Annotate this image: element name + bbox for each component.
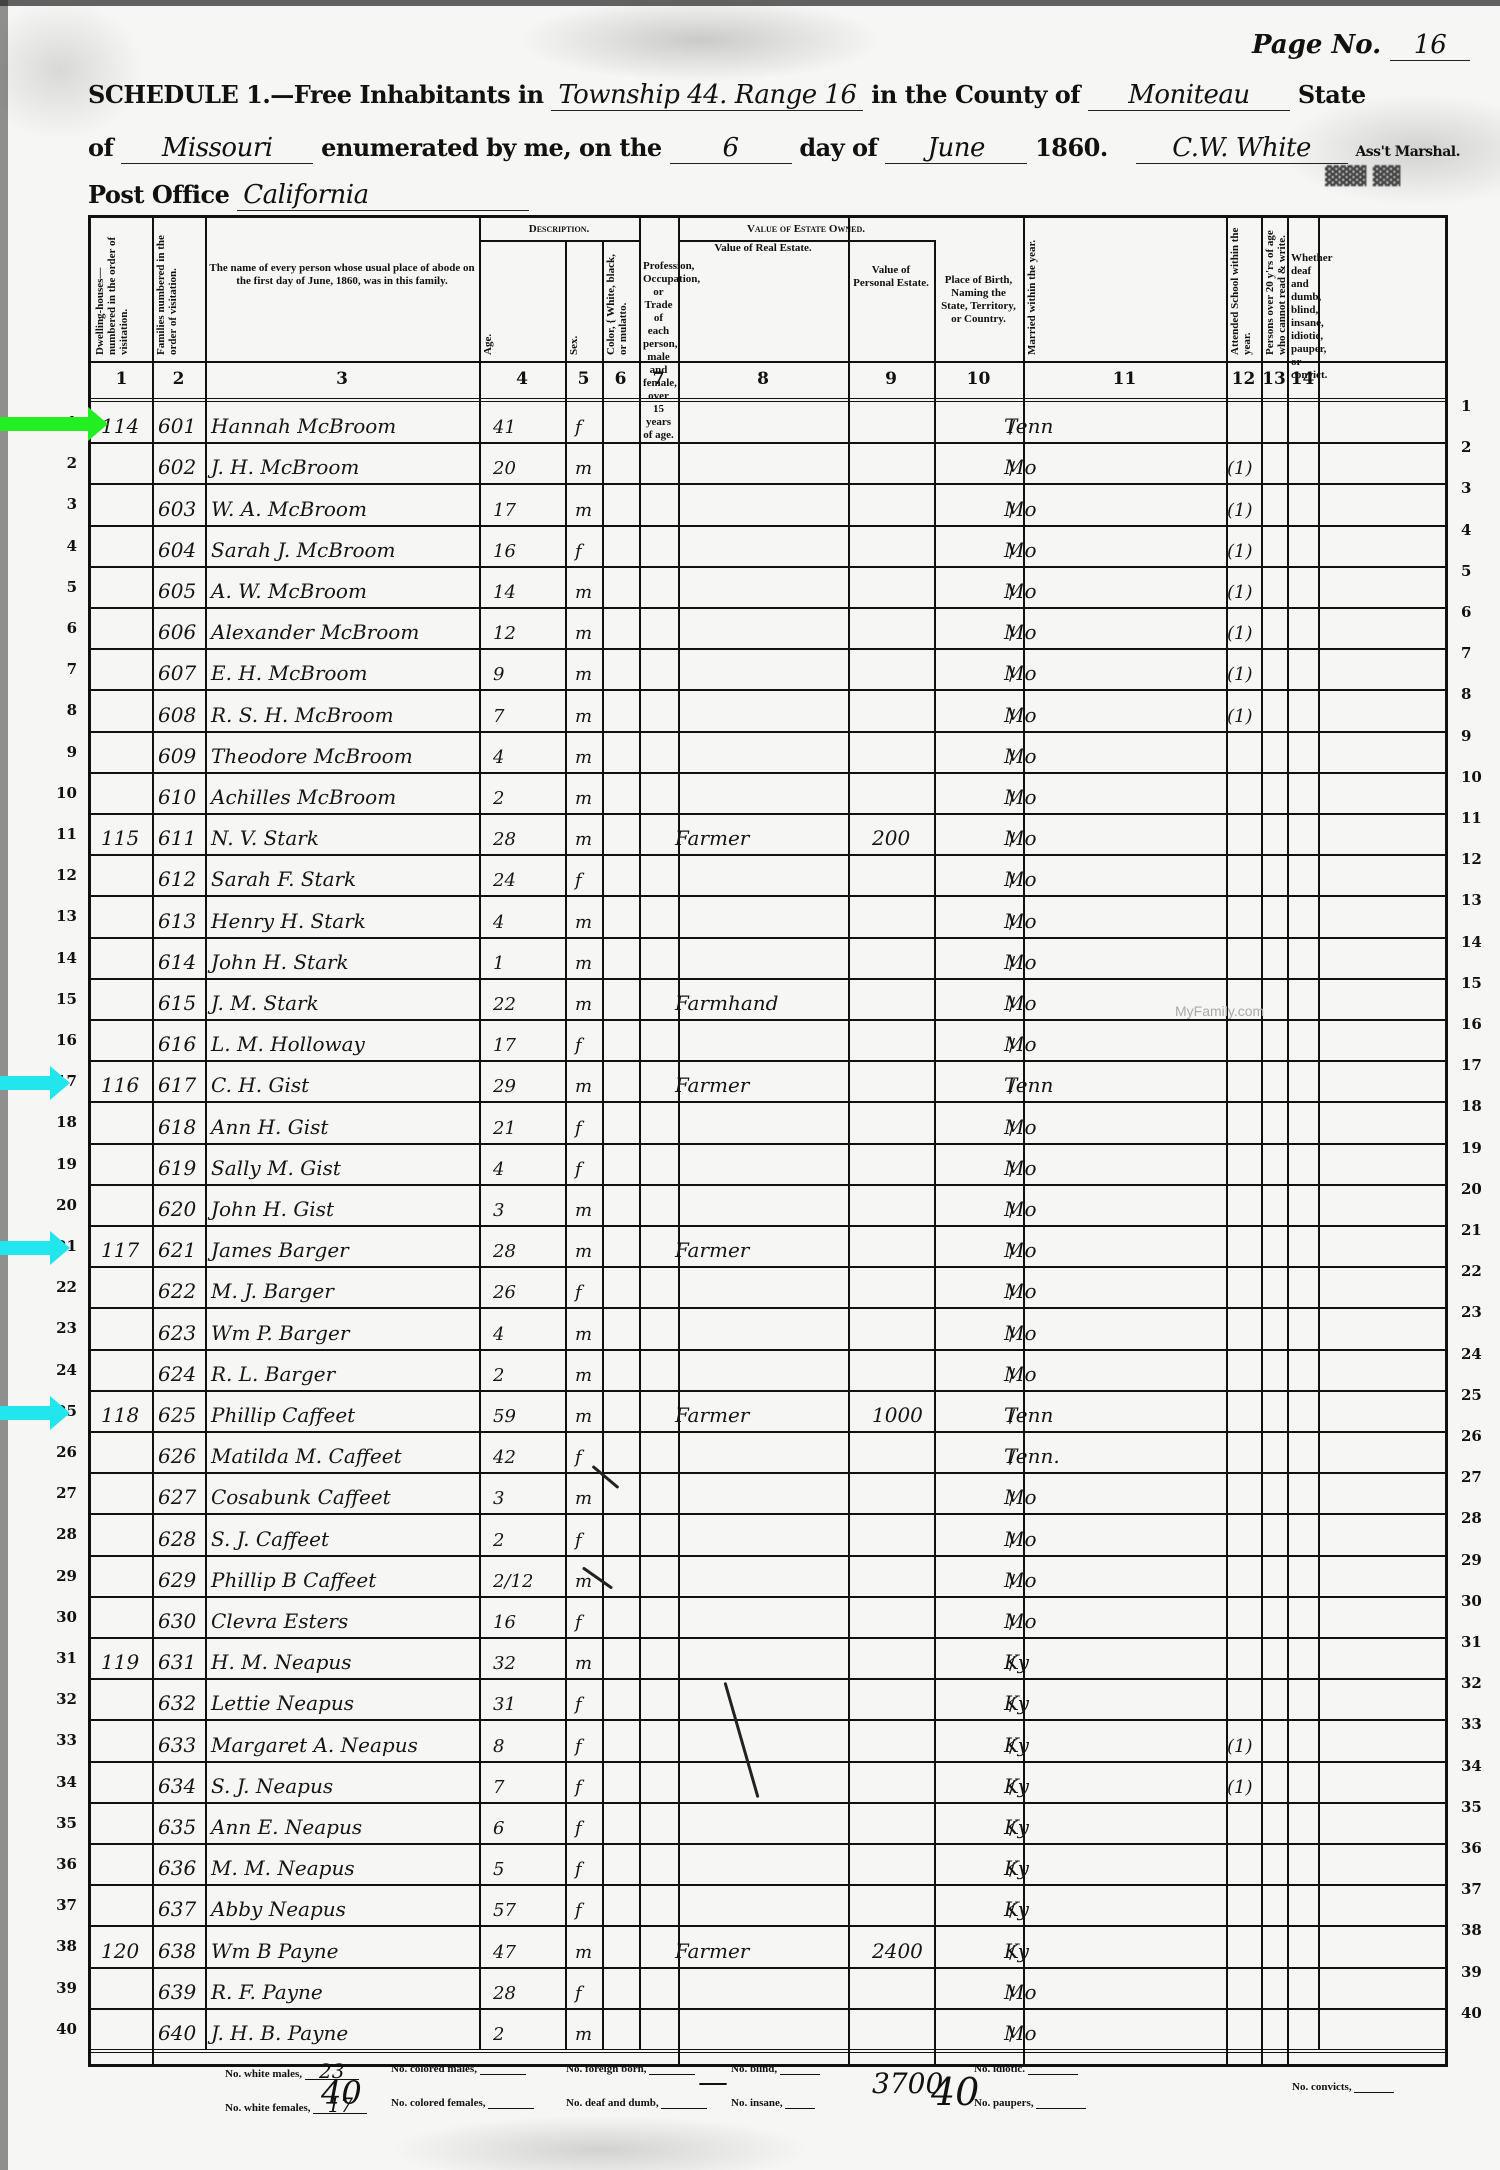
line-number-right: 21 (1461, 1221, 1482, 1239)
blind-count-label: No. blind, (731, 2063, 777, 2075)
cell-family: 626 (158, 1444, 196, 1468)
cell-family: 638 (158, 1939, 196, 1963)
table-row: 623Wm P. Barger4mMo/2323 (91, 1307, 1445, 1348)
page-number-value: 16 (1390, 30, 1470, 61)
cell-sex: m (575, 664, 592, 685)
cell-family: 608 (158, 703, 196, 727)
cell-family: 606 (158, 620, 196, 644)
schedule-title-line: SCHEDULE 1.—Free Inhabitants in Township… (88, 80, 1366, 111)
column-header-10: Place of Birth, Naming the State, Territ… (938, 274, 1019, 326)
cell-name: J. H. McBroom (211, 455, 359, 479)
table-row: 635Ann E. Neapus6fKy/3535 (91, 1802, 1445, 1843)
column-header-9: Value of Personal Estate. (852, 264, 930, 290)
cell-sex: f (575, 870, 582, 891)
line-number-left: 32 (43, 1690, 77, 1708)
cell-family: 624 (158, 1362, 196, 1386)
line-number-right: 22 (1461, 1262, 1482, 1280)
tally-mark: / (1009, 1571, 1015, 1592)
line-number-left: 4 (43, 537, 77, 555)
cell-birthplace: Ky (1004, 1939, 1029, 1963)
table-row: 120638Wm B Payne47mFarmer2400Ky/3838 (91, 1925, 1445, 1966)
line-number-right: 24 (1461, 1345, 1482, 1363)
cell-family: 632 (158, 1691, 196, 1715)
cell-sex: m (575, 912, 592, 933)
tally-mark: / (1009, 623, 1015, 644)
cell-family: 615 (158, 991, 196, 1015)
table-row: 633Margaret A. Neapus8fKy(1)/3333 (91, 1719, 1445, 1760)
column-number-7: 7 (639, 369, 678, 393)
line-number-left: 18 (43, 1113, 77, 1131)
cell-name: Wm B Payne (211, 1939, 338, 1963)
cell-school: (1) (1227, 458, 1253, 479)
cell-name: H. M. Neapus (211, 1650, 352, 1674)
cell-family: 625 (158, 1403, 196, 1427)
cell-name: W. A. McBroom (211, 497, 367, 521)
cell-sex: m (575, 953, 592, 974)
cell-age: 29 (493, 1076, 516, 1097)
tally-mark: / (1009, 1777, 1015, 1798)
cell-sex: m (575, 1365, 592, 1386)
cell-occupation: Farmhand (675, 991, 778, 1015)
cell-name: N. V. Stark (211, 826, 319, 850)
cell-birthplace: Ky (1004, 1691, 1029, 1715)
tally-mark: / (1009, 2024, 1015, 2045)
table-row: 602J. H. McBroom20mMo(1)/22 (91, 442, 1445, 483)
tally-mark: / (1009, 1612, 1015, 1633)
table-row: 609Theodore McBroom4mMo/99 (91, 731, 1445, 772)
cell-name: S. J. Neapus (211, 1774, 333, 1798)
tally-mark: / (1009, 1818, 1015, 1839)
tally-mark: / (1009, 1694, 1015, 1715)
column-number-1: 1 (91, 369, 152, 393)
arrow-head-icon (50, 1066, 70, 1100)
cell-family: 621 (158, 1238, 196, 1262)
line-number-left: 14 (43, 949, 77, 967)
cell-name: Matilda M. Caffeet (211, 1444, 402, 1468)
cell-name: Ann E. Neapus (211, 1815, 362, 1839)
cell-name: Alexander McBroom (211, 620, 419, 644)
footer-vline (934, 2049, 936, 2064)
tally-mark: / (1009, 1488, 1015, 1509)
line-number-left: 19 (43, 1155, 77, 1173)
cell-name: Sally M. Gist (211, 1156, 341, 1180)
cell-name: Hannah McBroom (211, 414, 396, 438)
cell-name: S. J. Caffeet (211, 1527, 329, 1551)
cell-age: 28 (493, 1241, 516, 1262)
cell-family: 627 (158, 1485, 196, 1509)
cell-birthplace: Ky (1004, 1774, 1029, 1798)
tally-mark: / (1009, 953, 1015, 974)
line-number-right: 17 (1461, 1056, 1482, 1074)
paupers-count: No. paupers, (974, 2097, 1086, 2109)
cell-sex: m (575, 582, 592, 603)
column-header-13: Persons over 20 y'rs of age who cannot r… (1264, 222, 1284, 355)
cell-sex: m (575, 1406, 592, 1427)
highlight-arrow (0, 1235, 70, 1261)
column-number-6: 6 (602, 369, 639, 393)
table-row: 605A. W. McBroom14mMo(1)/55 (91, 566, 1445, 607)
tally-mark: / (1009, 1859, 1015, 1880)
table-row: 117621James Barger28mFarmerMo/2121 (91, 1225, 1445, 1266)
cell-school: (1) (1227, 706, 1253, 727)
table-row: 619Sally M. Gist4fMo/1919 (91, 1143, 1445, 1184)
cell-age: 42 (493, 1447, 516, 1468)
cell-sex: m (575, 1241, 592, 1262)
cell-age: 3 (493, 1200, 504, 1221)
column-number-4: 4 (479, 369, 565, 393)
cell-family: 616 (158, 1032, 196, 1056)
cell-age: 16 (493, 1612, 516, 1633)
cell-family: 629 (158, 1568, 196, 1592)
cell-family: 639 (158, 1980, 196, 2004)
cell-sex: f (575, 1118, 582, 1139)
tally-mark: / (1009, 788, 1015, 809)
line-number-left: 23 (43, 1319, 77, 1337)
cell-sex: m (575, 1200, 592, 1221)
column-number-10: 10 (934, 369, 1023, 393)
cell-birthplace: Ky (1004, 1897, 1029, 1921)
convicts-count-value (1354, 2092, 1394, 2093)
column-number-2: 2 (152, 369, 205, 393)
line-number-left: 29 (43, 1567, 77, 1585)
cell-personal-estate: 2400 (872, 1939, 923, 1963)
cell-age: 22 (493, 994, 516, 1015)
cell-age: 8 (493, 1736, 504, 1757)
tally-mark: / (1009, 1900, 1015, 1921)
column-header-2: Families numbered in the order of visita… (155, 222, 202, 355)
cell-birthplace: Ky (1004, 1650, 1029, 1674)
footer-vline (1226, 2049, 1228, 2064)
line-number-left: 22 (43, 1278, 77, 1296)
table-row: 119631H. M. Neapus32mKy/3131 (91, 1637, 1445, 1678)
scan-edge-top (0, 0, 1500, 6)
month-field: June (885, 133, 1027, 164)
line-number-left: 35 (43, 1814, 77, 1832)
line-number-right: 31 (1461, 1633, 1482, 1651)
table-row: 620John H. Gist3mMo/2020 (91, 1184, 1445, 1225)
white-females-count-label: No. white females, (225, 2102, 311, 2114)
cell-sex: m (575, 500, 592, 521)
line-number-right: 1 (1461, 397, 1471, 415)
cell-family: 634 (158, 1774, 196, 1798)
cell-sex: m (575, 1488, 592, 1509)
cell-name: Phillip B Caffeet (211, 1568, 376, 1592)
cell-family: 622 (158, 1279, 196, 1303)
tally-mark: / (1009, 1942, 1015, 1963)
schedule-title: SCHEDULE 1.—Free Inhabitants in (88, 80, 544, 109)
cell-occupation: Farmer (675, 1403, 749, 1427)
census-table: Description.Value of Estate Owned.Dwelli… (88, 215, 1448, 2067)
census-page: Page No. 16 SCHEDULE 1.—Free Inhabitants… (0, 0, 1500, 2170)
deaf-dumb-count: No. deaf and dumb, (566, 2097, 707, 2109)
cell-sex: m (575, 994, 592, 1015)
deaf-dumb-count-label: No. deaf and dumb, (566, 2097, 659, 2109)
tally-mark: / (1009, 1035, 1015, 1056)
footer-vline (848, 2049, 850, 2064)
cell-family: 637 (158, 1897, 196, 1921)
line-number-right: 9 (1461, 727, 1471, 745)
line-number-right: 36 (1461, 1839, 1482, 1857)
county-field: Moniteau (1088, 80, 1290, 111)
tally-mark: / (1009, 706, 1015, 727)
cell-name: Theodore McBroom (211, 744, 413, 768)
tally-mark: / (1009, 1983, 1015, 2004)
tally-mark: / (1009, 1324, 1015, 1345)
line-number-left: 38 (43, 1937, 77, 1955)
arrow-head-icon (88, 407, 108, 441)
cell-name: Henry H. Stark (211, 909, 366, 933)
cell-name: Wm P. Barger (211, 1321, 349, 1345)
colored-males-count: No. colored males, (391, 2063, 526, 2075)
line-number-left: 34 (43, 1773, 77, 1791)
cell-age: 26 (493, 1282, 516, 1303)
line-number-left: 13 (43, 907, 77, 925)
line-number-right: 33 (1461, 1715, 1482, 1733)
tally-mark: / (1009, 1530, 1015, 1551)
table-row: 634S. J. Neapus7fKy(1)/3434 (91, 1761, 1445, 1802)
day-of-label: day of (799, 133, 877, 162)
footer-vline (1261, 2049, 1263, 2064)
convicts-count: No. convicts, (1292, 2081, 1394, 2093)
page-number-label: Page No. (1252, 30, 1381, 60)
table-row: 118625Phillip Caffeet59mFarmer1000Tenn/2… (91, 1390, 1445, 1431)
tally-mark: / (1009, 829, 1015, 850)
cell-family: 613 (158, 909, 196, 933)
table-row: 629Phillip B Caffeet2/12mMo/2929 (91, 1555, 1445, 1596)
marshal-label: Ass't Marshal. (1355, 144, 1460, 160)
line-number-right: 23 (1461, 1303, 1482, 1321)
line-number-left: 27 (43, 1484, 77, 1502)
column-number-14: 14 (1287, 369, 1318, 393)
grid-hline (91, 361, 1445, 363)
line-number-right: 6 (1461, 603, 1471, 621)
line-number-right: 2 (1461, 438, 1471, 456)
colored-females-count-label: No. colored females, (391, 2097, 486, 2109)
colored-males-count-value (480, 2074, 526, 2075)
cell-name: Lettie Neapus (211, 1691, 354, 1715)
line-number-left: 2 (43, 454, 77, 472)
line-number-left: 24 (43, 1361, 77, 1379)
line-number-right: 35 (1461, 1798, 1482, 1816)
tally-mark: / (1009, 1653, 1015, 1674)
line-number-right: 11 (1461, 809, 1482, 827)
line-number-right: 8 (1461, 685, 1471, 703)
cell-age: 17 (493, 500, 516, 521)
cell-occupation: Farmer (675, 1939, 749, 1963)
line-number-left: 6 (43, 619, 77, 637)
table-row: 604Sarah J. McBroom16fMo(1)/44 (91, 525, 1445, 566)
cell-age: 28 (493, 1983, 516, 2004)
line-number-left: 7 (43, 660, 77, 678)
cell-birthplace: Ky (1004, 1815, 1029, 1839)
cell-sex: f (575, 1612, 582, 1633)
line-number-left: 12 (43, 866, 77, 884)
township-field: Township 44. Range 16 (551, 80, 863, 111)
year-label: 1860. (1035, 133, 1108, 162)
line-number-left: 36 (43, 1855, 77, 1873)
cell-sex: f (575, 1777, 582, 1798)
tally-mark: / (1009, 1736, 1015, 1757)
total-persons-tally: 40 (321, 2074, 362, 2112)
cell-family: 602 (158, 455, 196, 479)
cell-age: 47 (493, 1942, 516, 1963)
cell-family: 604 (158, 538, 196, 562)
cell-age: 4 (493, 1324, 504, 1345)
cell-sex: m (575, 623, 592, 644)
tally-mark: / (1009, 500, 1015, 521)
cell-sex: m (575, 747, 592, 768)
cell-age: 17 (493, 1035, 516, 1056)
line-number-left: 31 (43, 1649, 77, 1667)
cell-occupation: Farmer (675, 1073, 749, 1097)
tally-mark: / (1009, 1241, 1015, 1262)
cell-sex: f (575, 1900, 582, 1921)
line-number-left: 11 (43, 825, 77, 843)
cell-name: R. F. Payne (211, 1980, 323, 2004)
arrow-shaft (0, 1406, 50, 1420)
state-field: Missouri (121, 133, 313, 164)
line-number-right: 40 (1461, 2004, 1482, 2022)
table-row: 613Henry H. Stark4mMo/1313 (91, 895, 1445, 936)
cell-name: Achilles McBroom (211, 785, 396, 809)
foreign-born-count-label: No. foreign born, (566, 2063, 646, 2075)
cell-birthplace: Ky (1004, 1733, 1029, 1757)
cell-family: 636 (158, 1856, 196, 1880)
cell-school: (1) (1227, 500, 1253, 521)
state-label: State (1298, 80, 1366, 109)
column-header-12: Attended School within the year. (1229, 222, 1258, 355)
line-number-right: 27 (1461, 1468, 1482, 1486)
cell-sex: m (575, 1942, 592, 1963)
county-label: in the County of (871, 80, 1080, 109)
cell-family: 611 (158, 826, 196, 850)
cell-family: 633 (158, 1733, 196, 1757)
cell-sex: f (575, 1818, 582, 1839)
colored-females-count-value (488, 2108, 534, 2109)
line-number-right: 29 (1461, 1551, 1482, 1569)
tally-mark: / (1009, 541, 1015, 562)
cell-age: 14 (493, 582, 516, 603)
cell-age: 16 (493, 541, 516, 562)
cell-age: 57 (493, 1900, 516, 1921)
tally-mark: / (1009, 1282, 1015, 1303)
ink-smudge: ▓▓▓ ▓▓ (1325, 166, 1400, 187)
cell-family: 635 (158, 1815, 196, 1839)
line-number-left: 8 (43, 701, 77, 719)
cell-school: (1) (1227, 1736, 1253, 1757)
table-row: 627Cosabunk Caffeet3mMo/2727 (91, 1472, 1445, 1513)
cell-age: 2 (493, 788, 504, 809)
post-office-line: Post Office California (88, 180, 529, 211)
page-number: Page No. 16 (1252, 30, 1470, 61)
cell-age: 1 (493, 953, 504, 974)
line-number-left: 16 (43, 1031, 77, 1049)
table-row: 115611N. V. Stark28mFarmer200Mo/1111 (91, 813, 1445, 854)
line-number-right: 32 (1461, 1674, 1482, 1692)
cell-sex: f (575, 1530, 582, 1551)
table-row: 603W. A. McBroom17mMo(1)/33 (91, 483, 1445, 524)
column-header-4: Age. (482, 244, 562, 355)
cell-name: Clevra Esters (211, 1609, 348, 1633)
cell-age: 7 (493, 1777, 504, 1798)
table-row: 637Abby Neapus57fKy/3737 (91, 1884, 1445, 1925)
cell-sex: m (575, 1653, 592, 1674)
tally-mark: / (1009, 1076, 1015, 1097)
arrow-shaft (0, 1076, 50, 1090)
cell-age: 2/12 (493, 1571, 533, 1592)
cell-age: 4 (493, 747, 504, 768)
cell-sex: f (575, 1159, 582, 1180)
line-number-right: 34 (1461, 1757, 1482, 1775)
arrow-head-icon (50, 1396, 70, 1430)
cell-family: 614 (158, 950, 196, 974)
cell-age: 12 (493, 623, 516, 644)
cell-family: 630 (158, 1609, 196, 1633)
table-row: 640J. H. B. Payne2mMo/4040 (91, 2008, 1445, 2049)
line-number-right: 30 (1461, 1592, 1482, 1610)
column-number-12: 12 (1226, 369, 1261, 393)
line-number-right: 10 (1461, 768, 1482, 786)
cell-name: R. L. Barger (211, 1362, 335, 1386)
line-number-left: 26 (43, 1443, 77, 1461)
arrow-shaft (0, 417, 88, 431)
cell-age: 20 (493, 458, 516, 479)
foreign-born-count: No. foreign born, (566, 2063, 695, 2075)
idiotic-count-value (1028, 2074, 1078, 2075)
line-number-left: 5 (43, 578, 77, 596)
cell-occupation: Farmer (675, 826, 749, 850)
cell-dwelling: 120 (101, 1939, 139, 1963)
cell-dwelling: 116 (101, 1073, 139, 1097)
cell-name: Abby Neapus (211, 1897, 346, 1921)
line-number-right: 20 (1461, 1180, 1482, 1198)
footer-vline (1287, 2049, 1289, 2064)
cell-name: J. M. Stark (211, 991, 319, 1015)
cell-name: C. H. Gist (211, 1073, 309, 1097)
tally-mark: / (1009, 912, 1015, 933)
highlight-arrow (0, 1070, 70, 1096)
cell-family: 617 (158, 1073, 196, 1097)
cell-age: 32 (493, 1653, 516, 1674)
line-number-right: 14 (1461, 933, 1482, 951)
line-number-left: 15 (43, 990, 77, 1008)
cell-sex: m (575, 1076, 592, 1097)
line-number-right: 26 (1461, 1427, 1482, 1445)
table-row: 622M. J. Barger26fMo/2222 (91, 1266, 1445, 1307)
cell-age: 4 (493, 1159, 504, 1180)
column-number-9: 9 (848, 369, 934, 393)
colored-males-count-label: No. colored males, (391, 2063, 477, 2075)
cell-family: 619 (158, 1156, 196, 1180)
cell-sex: m (575, 788, 592, 809)
table-row: 614John H. Stark1mMo/1414 (91, 937, 1445, 978)
cell-age: 5 (493, 1859, 504, 1880)
table-row: 626Matilda M. Caffeet42fTenn./2626 (91, 1431, 1445, 1472)
line-number-left: 37 (43, 1896, 77, 1914)
column-number-11: 11 (1023, 369, 1226, 393)
cell-name: Ann H. Gist (211, 1115, 328, 1139)
column-number-13: 13 (1261, 369, 1287, 393)
line-number-left: 33 (43, 1731, 77, 1749)
line-number-right: 37 (1461, 1880, 1482, 1898)
cell-name: James Barger (211, 1238, 349, 1262)
cell-birthplace: Ky (1004, 1856, 1029, 1880)
cell-name: E. H. McBroom (211, 661, 367, 685)
cell-sex: f (575, 1447, 582, 1468)
idiotic-count-label: No. idiotic. (974, 2063, 1025, 2075)
white-males-count-label: No. white males, (225, 2068, 302, 2080)
insane-count: No. insane, (731, 2097, 815, 2109)
